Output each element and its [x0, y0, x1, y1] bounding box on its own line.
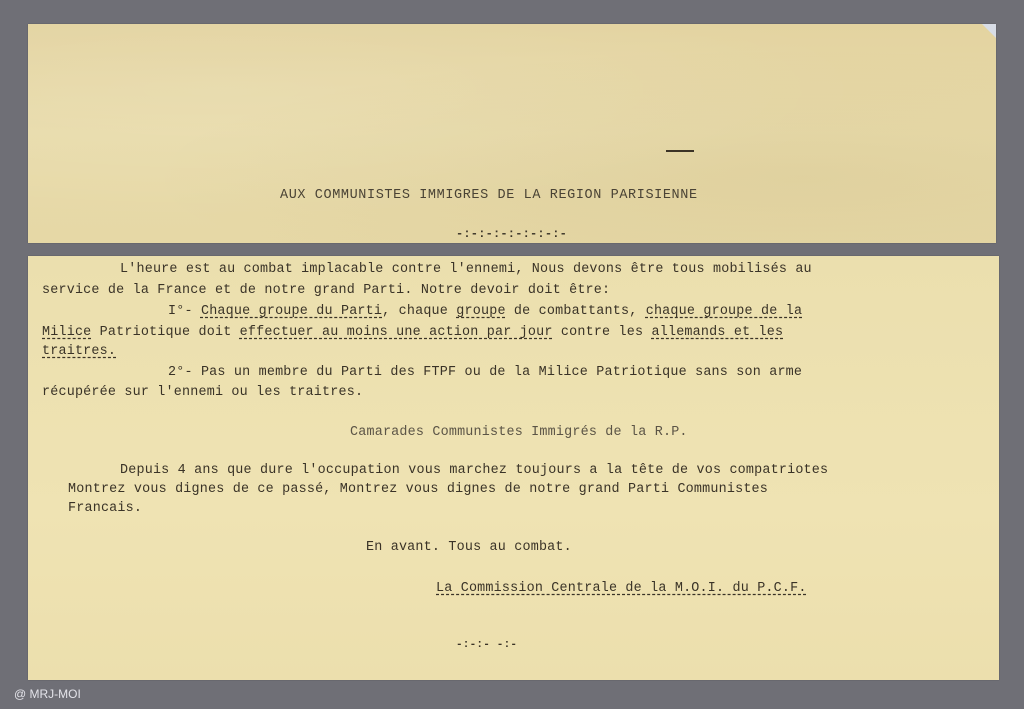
- signature: La Commission Centrale de la M.O.I. du P…: [436, 581, 807, 596]
- bottom-marks: -:-:- -:-: [456, 639, 517, 651]
- paragraph-2-line-3: Francais.: [68, 501, 142, 516]
- point-1-underlined-action: effectuer au moins une action par jour: [240, 325, 553, 340]
- paragraph-2-line-2: Montrez vous dignes de ce passé, Montrez…: [68, 482, 768, 497]
- point-2-line-1: 2°- Pas un membre du Parti des FTPF ou d…: [168, 365, 802, 380]
- ink-smudge: [666, 150, 694, 152]
- folded-corner: [982, 24, 996, 38]
- document-title: AUX COMMUNISTES IMMIGRES DE LA REGION PA…: [280, 188, 698, 203]
- point-1-text-contre: contre les: [553, 325, 652, 340]
- point-1-underlined-traitres: traitres.: [42, 344, 116, 359]
- paragraph-2-line-1: Depuis 4 ans que dure l'occupation vous …: [120, 463, 828, 478]
- point-1-text-b: , chaque: [382, 304, 456, 319]
- document-bottom-sheet: L'heure est au combat implacable contre …: [28, 256, 999, 680]
- point-1-number: I°-: [168, 304, 201, 319]
- document-top-sheet: AUX COMMUNISTES IMMIGRES DE LA REGION PA…: [28, 24, 996, 243]
- point-2-line-2: récupérée sur l'ennemi ou les traitres.: [42, 385, 363, 400]
- point-1-line-2: Milice Patriotique doit effectuer au moi…: [42, 325, 783, 340]
- point-1-text-d: de combattants,: [506, 304, 646, 319]
- point-1-line-1: I°- Chaque groupe du Parti, chaque group…: [168, 304, 802, 319]
- point-1-underlined-milice: Milice: [42, 325, 91, 340]
- closing-line: En avant. Tous au combat.: [366, 540, 572, 555]
- point-1-text-patriotique: Patriotique doit: [91, 325, 239, 340]
- title-separator: -:-:-:-:-:-:-:-: [456, 227, 567, 241]
- copyright-credit: @ MRJ-MOI: [14, 687, 81, 701]
- point-1-underlined-allemands: allemands et les: [651, 325, 783, 340]
- signature-text: La Commission Centrale de la M.O.I. du P…: [436, 581, 807, 596]
- point-1-underlined-c: groupe: [456, 304, 505, 319]
- point-1-underlined-e: chaque groupe de la: [646, 304, 802, 319]
- point-1-underlined-a: Chaque groupe du Parti: [201, 304, 382, 319]
- salutation: Camarades Communistes Immigrés de la R.P…: [350, 425, 688, 440]
- paragraph-1-line-2: service de la France et de notre grand P…: [42, 283, 610, 298]
- paragraph-1-line-1: L'heure est au combat implacable contre …: [120, 262, 812, 277]
- point-1-line-3: traitres.: [42, 344, 116, 359]
